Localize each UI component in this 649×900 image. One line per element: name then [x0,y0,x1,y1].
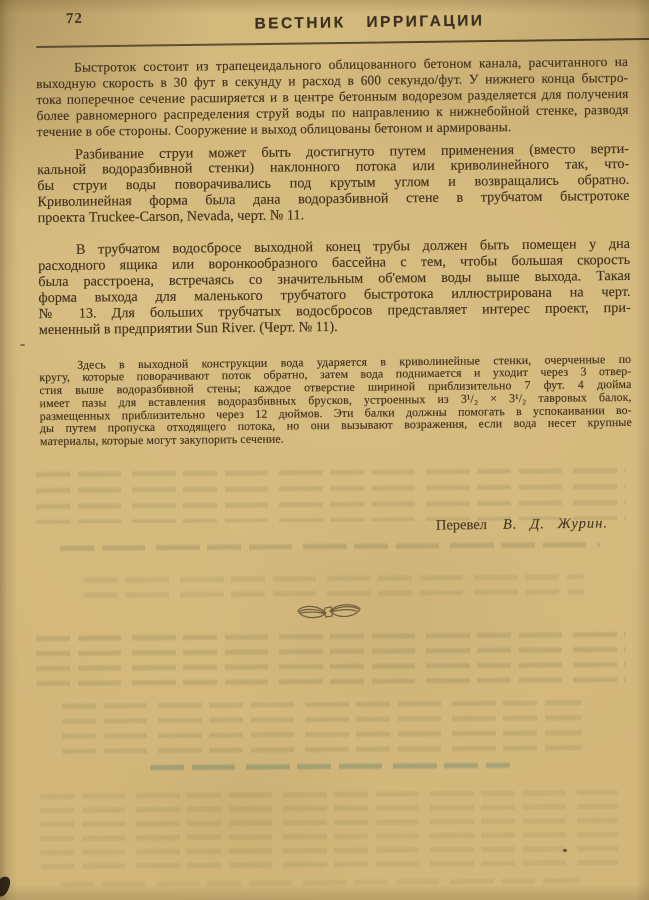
journal-title: ВЕСТНИК ИРРИГАЦИИ [90,10,649,36]
translator-name: В. Д. Журин. [503,516,608,533]
paragraph-4: Здесь в выходной конструкции вода ударяе… [39,352,632,448]
bow-ornament-icon [295,599,363,626]
scanned-journal-page: 72 ВЕСТНИК ИРРИГАЦИИ Быстроток состоит и… [0,0,649,900]
header-rule [36,38,649,48]
ink-speck [20,344,25,346]
translator-line: ПеревелВ. Д. Журин. [36,516,608,540]
article-body: Быстроток состоит из трапецеидального об… [36,54,632,448]
text-line: проекта Truckee-Carson, Nevada, черт. № … [38,205,630,227]
ink-speck [563,849,567,852]
bleedthrough-text [62,696,582,762]
bleedthrough-text [36,628,626,690]
paragraph-2: Разбивание струи может быть достигнуто п… [37,141,630,227]
bleedthrough-text [40,786,619,874]
paragraph-3: В трубчатом водосбросе выходной конец тр… [38,237,631,339]
page-number: 72 [66,11,83,28]
bleedthrough-text [84,570,584,599]
ink-blot [0,875,12,899]
bleedthrough-text [150,759,510,775]
paragraph-1: Быстроток состоит из трапецеидального об… [36,54,629,140]
bleedthrough-text [60,874,580,896]
translator-label: Перевел [436,517,487,534]
bleedthrough-text [60,538,600,564]
bleedthrough-text [36,464,626,524]
